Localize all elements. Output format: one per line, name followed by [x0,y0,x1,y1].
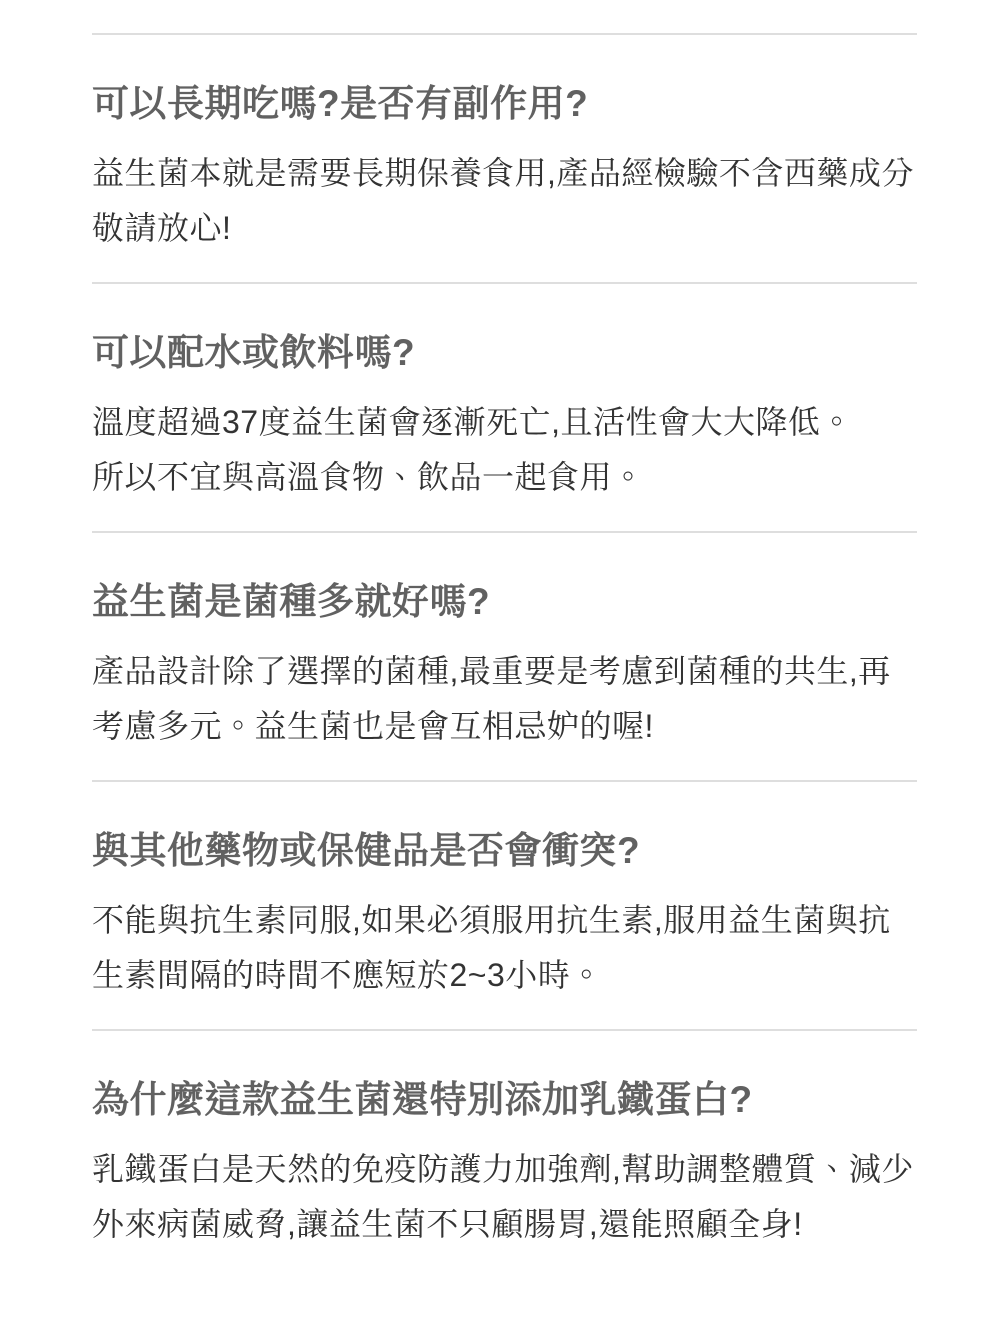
faq-answer-line: 產品設計除了選擇的菌種,最重要是考慮到菌種的共生,再 [92,644,917,699]
faq-answer-line: 不能與抗生素同服,如果必須服用抗生素,服用益生菌與抗 [92,893,917,948]
faq-answer-line: 考慮多元。益生菌也是會互相忌妒的喔! [92,699,917,754]
faq-answer-line: 益生菌本就是需要長期保養食用,產品經檢驗不含西藥成分 [92,146,917,201]
faq-answer-line: 敬請放心! [92,201,917,256]
faq-answer-line: 生素間隔的時間不應短於2~3小時。 [92,948,917,1003]
faq-section-long-term-use: 可以長期吃嗎?是否有副作用? 益生菌本就是需要長期保養食用,產品經檢驗不含西藥成… [92,33,917,282]
faq-question: 與其他藥物或保健品是否會衝突? [92,831,917,871]
faq-question: 為什麼這款益生菌還特別添加乳鐵蛋白? [92,1080,917,1120]
faq-section-lactoferrin: 為什麼這款益生菌還特別添加乳鐵蛋白? 乳鐵蛋白是天然的免疫防護力加強劑,幫助調整… [92,1029,917,1278]
faq-question: 益生菌是菌種多就好嗎? [92,582,917,622]
faq-question: 可以配水或飲料嗎? [92,333,917,373]
faq-answer-line: 溫度超過37度益生菌會逐漸死亡,且活性會大大降低。 [92,395,917,450]
faq-question: 可以長期吃嗎?是否有副作用? [92,84,917,124]
faq-section-drug-conflicts: 與其他藥物或保健品是否會衝突? 不能與抗生素同服,如果必須服用抗生素,服用益生菌… [92,780,917,1029]
faq-section-water-or-drinks: 可以配水或飲料嗎? 溫度超過37度益生菌會逐漸死亡,且活性會大大降低。 所以不宜… [92,282,917,531]
faq-answer-line: 外來病菌威脅,讓益生菌不只顧腸胃,還能照顧全身! [92,1197,917,1252]
faq-list: 可以長期吃嗎?是否有副作用? 益生菌本就是需要長期保養食用,產品經檢驗不含西藥成… [92,33,917,1278]
faq-answer-line: 乳鐵蛋白是天然的免疫防護力加強劑,幫助調整體質、減少 [92,1142,917,1197]
faq-answer-line: 所以不宜與高溫食物、飲品一起食用。 [92,450,917,505]
faq-section-more-strains-better: 益生菌是菌種多就好嗎? 產品設計除了選擇的菌種,最重要是考慮到菌種的共生,再 考… [92,531,917,780]
